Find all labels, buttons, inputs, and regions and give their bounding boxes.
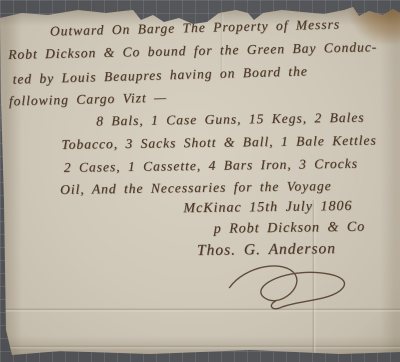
signature-firm: p Robt Dickson & Co <box>214 220 366 238</box>
manuscript-text: Outward On Barge The Property of Messrs … <box>0 0 400 362</box>
manuscript-line: 8 Bals, 1 Case Guns, 15 Kegs, 2 Bales <box>96 110 365 130</box>
manuscript-line: Oil, And the Necessaries for the Voyage <box>60 178 332 198</box>
manuscript-page: Outward On Barge The Property of Messrs … <box>0 0 400 362</box>
manuscript-line: Tobacco, 3 Sacks Shott & Ball, 1 Bale Ke… <box>61 133 376 153</box>
manuscript-line: Outward On Barge The Property of Messrs <box>50 17 341 40</box>
signature-flourish <box>223 254 360 316</box>
photo-background: Outward On Barge The Property of Messrs … <box>0 0 400 362</box>
manuscript-line: following Cargo Vizt — <box>9 90 167 110</box>
manuscript-line: ted by Louis Beaupres having on Board th… <box>12 63 308 87</box>
dateline: McKinac 15th July 1806 <box>183 199 352 217</box>
manuscript-line: 2 Cases, 1 Cassette, 4 Bars Iron, 3 Croc… <box>64 156 358 176</box>
manuscript-line: Robt Dickson & Co bound for the Green Ba… <box>8 39 377 63</box>
